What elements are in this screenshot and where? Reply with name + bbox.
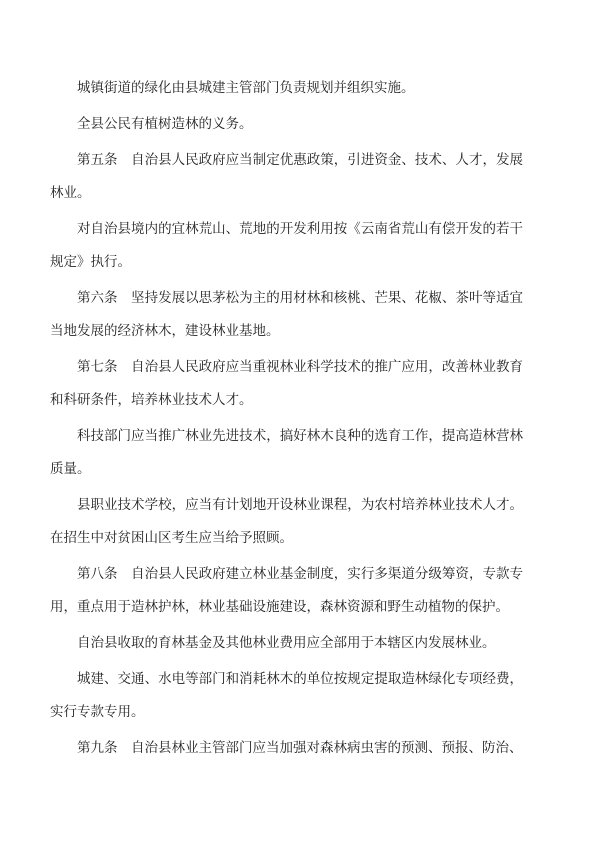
paragraph: 对自治县境内的宜林荒山、荒地的开发利用按《云南省荒山有偿开发的若干规定》执行。 [50,213,523,279]
text-line: 和科研条件，培养林业技术人才。 [50,384,523,417]
text-line: 科技部门应当推广林业先进技术，搞好林木良种的选育工作，提高造林营林 [50,420,523,453]
text-line: 自治县收取的育林基金及其他林业费用应全部用于本辖区内发展林业。 [50,627,523,660]
document-page: 城镇街道的绿化由县城建主管部门负责规划并组织实施。全县公民有植树造林的义务。第五… [0,0,595,841]
text-line: 规定》执行。 [50,246,523,279]
text-line: 全县公民有植树造林的义务。 [50,108,523,141]
paragraph: 第六条 坚持发展以思茅松为主的用材林和核桃、芒果、花椒、茶叶等适宜当地发展的经济… [50,282,523,348]
text-line: 用，重点用于造林护林，林业基础设施建设，森林资源和野生动植物的保护。 [50,591,523,624]
paragraph: 第七条 自治县人民政府应当重视林业科学技术的推广应用，改善林业教育和科研条件，培… [50,351,523,417]
text-line: 县职业技术学校，应当有计划地开设林业课程，为农村培养林业技术人才。 [50,489,523,522]
paragraph: 第九条 自治县林业主管部门应当加强对森林病虫害的预测、预报、防治、 [50,732,523,765]
text-line: 城建、交通、水电等部门和消耗林木的单位按规定提取造林绿化专项经费， [50,663,523,696]
text-line: 在招生中对贫困山区考生应当给予照顾。 [50,522,523,555]
text-line: 质量。 [50,453,523,486]
paragraph: 城建、交通、水电等部门和消耗林木的单位按规定提取造林绿化专项经费，实行专款专用。 [50,663,523,729]
paragraph: 全县公民有植树造林的义务。 [50,108,523,141]
text-line: 林业。 [50,177,523,210]
text-line: 对自治县境内的宜林荒山、荒地的开发利用按《云南省荒山有偿开发的若干 [50,213,523,246]
text-line: 第七条 自治县人民政府应当重视林业科学技术的推广应用，改善林业教育 [50,351,523,384]
text-line: 城镇街道的绿化由县城建主管部门负责规划并组织实施。 [50,72,523,105]
text-line: 第九条 自治县林业主管部门应当加强对森林病虫害的预测、预报、防治、 [50,732,523,765]
text-line: 第八条 自治县人民政府建立林业基金制度，实行多渠道分级筹资，专款专 [50,558,523,591]
text-line: 当地发展的经济林木，建设林业基地。 [50,315,523,348]
paragraph: 县职业技术学校，应当有计划地开设林业课程，为农村培养林业技术人才。在招生中对贫困… [50,489,523,555]
paragraph: 第五条 自治县人民政府应当制定优惠政策，引进资金、技术、人才，发展林业。 [50,144,523,210]
paragraph: 科技部门应当推广林业先进技术，搞好林木良种的选育工作，提高造林营林质量。 [50,420,523,486]
text-line: 第六条 坚持发展以思茅松为主的用材林和核桃、芒果、花椒、茶叶等适宜 [50,282,523,315]
paragraph: 第八条 自治县人民政府建立林业基金制度，实行多渠道分级筹资，专款专用，重点用于造… [50,558,523,624]
paragraph: 城镇街道的绿化由县城建主管部门负责规划并组织实施。 [50,72,523,105]
paragraph: 自治县收取的育林基金及其他林业费用应全部用于本辖区内发展林业。 [50,627,523,660]
text-line: 第五条 自治县人民政府应当制定优惠政策，引进资金、技术、人才，发展 [50,144,523,177]
text-line: 实行专款专用。 [50,696,523,729]
